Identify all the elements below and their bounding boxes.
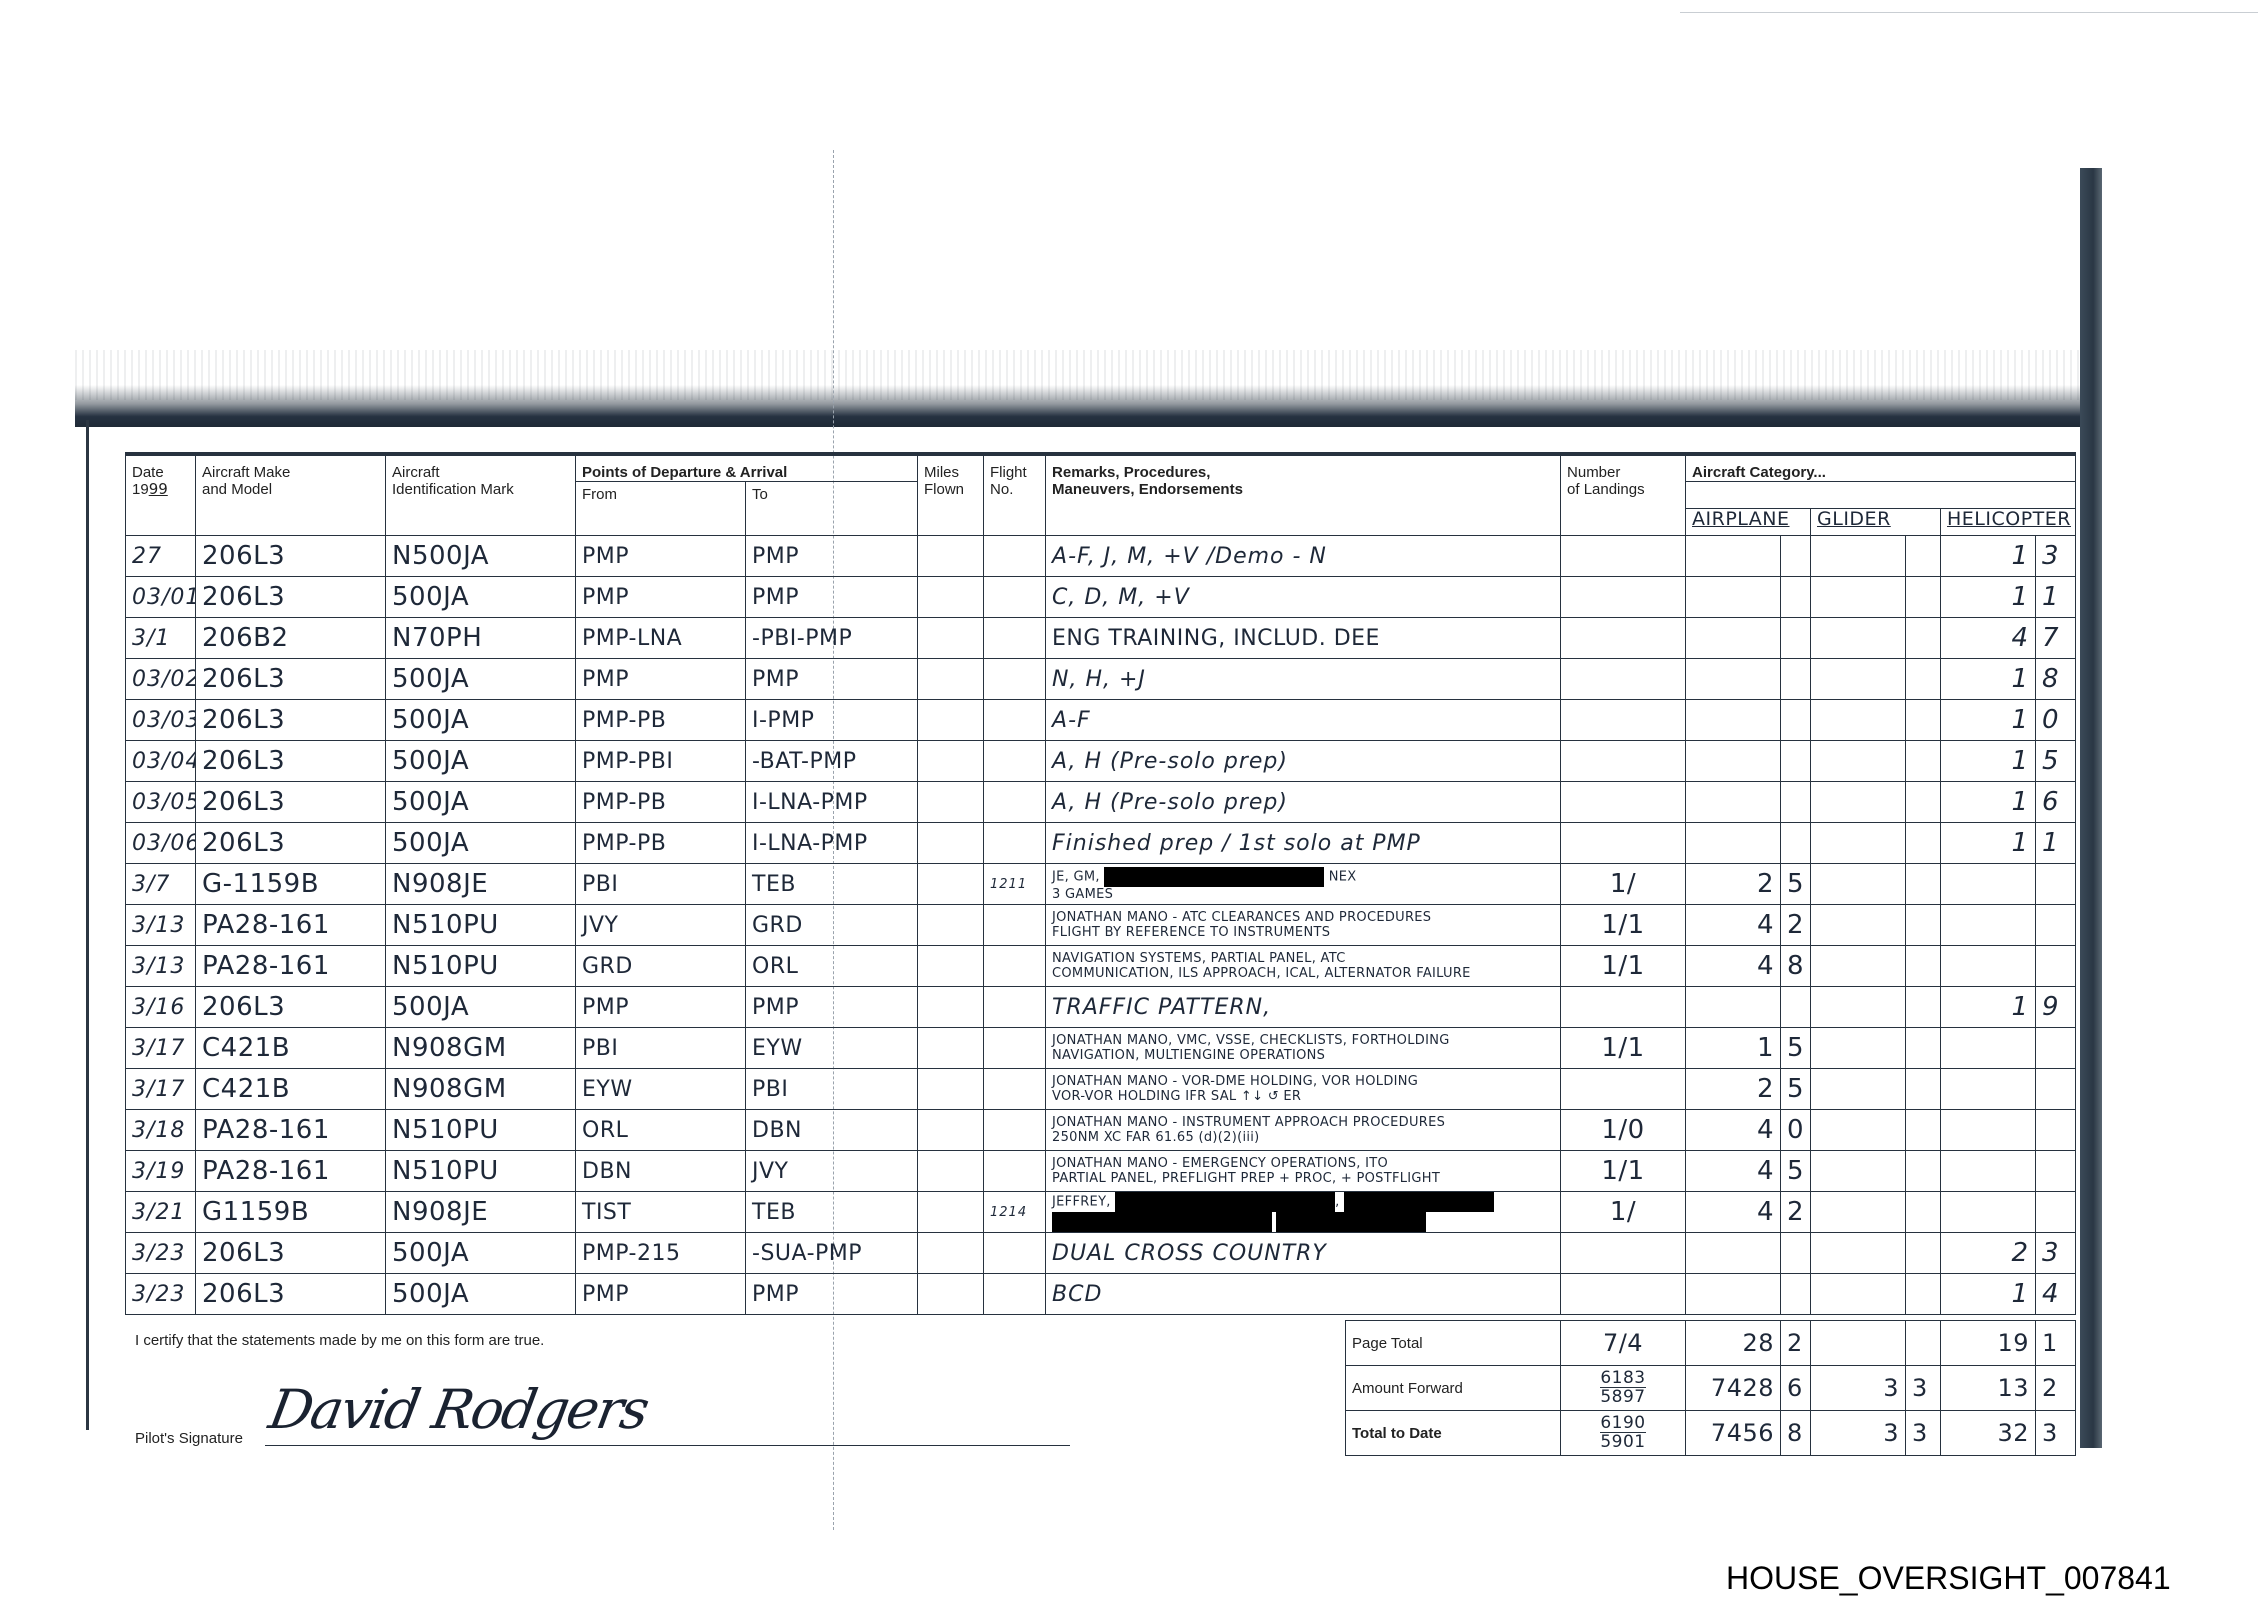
cell-airplane-tenths: 5 (1781, 1028, 1811, 1069)
cell-date: 3/17 (126, 1069, 196, 1110)
cell-airplane-hours: 2 (1686, 864, 1781, 905)
total-to-date-glider-hours: 3 (1811, 1411, 1906, 1456)
cell-ident: N510PU (386, 946, 576, 987)
cell-glider-tenths (1906, 1233, 1941, 1274)
cell-glider-hours (1811, 1151, 1906, 1192)
cell-flight-no (984, 577, 1046, 618)
cell-glider-hours (1811, 741, 1906, 782)
cell-ident: 500JA (386, 700, 576, 741)
page-total-label: Page Total (1346, 1321, 1561, 1366)
cell-airplane-hours: 4 (1686, 946, 1781, 987)
cell-airplane-tenths: 2 (1781, 1192, 1811, 1233)
amount-forward-airplane-hours: 7428 (1686, 1366, 1781, 1411)
cell-heli-tenths: 5 (2036, 741, 2076, 782)
cell-miles (918, 905, 984, 946)
cell-flight-no (984, 741, 1046, 782)
cell-glider-hours (1811, 659, 1906, 700)
total-to-date-airplane-tenths: 8 (1781, 1411, 1811, 1456)
cell-airplane-hours: 4 (1686, 1151, 1781, 1192)
cell-miles (918, 659, 984, 700)
cell-airplane-tenths (1781, 659, 1811, 700)
amount-forward-landings: 61835897 (1561, 1366, 1686, 1411)
cell-to: PMP (746, 987, 918, 1028)
log-row: 3/16 206L3 500JA PMP PMP TRAFFIC PATTERN… (126, 987, 2076, 1028)
cell-heli-hours (1941, 1151, 2036, 1192)
cell-make: 206B2 (196, 618, 386, 659)
cell-glider-hours (1811, 946, 1906, 987)
redaction-block (1052, 1212, 1272, 1232)
cell-remarks: N, H, +J (1046, 659, 1561, 700)
cell-heli-tenths (2036, 1028, 2076, 1069)
cell-flight-no (984, 823, 1046, 864)
page-total-airplane-hours: 28 (1686, 1321, 1781, 1366)
cell-landings: 1/ (1561, 864, 1686, 905)
cell-ident: 500JA (386, 823, 576, 864)
log-row: 3/21 G1159B N908JE TIST TEB 1214 JEFFREY… (126, 1192, 2076, 1233)
cell-make: PA28-161 (196, 1110, 386, 1151)
cell-glider-tenths (1906, 618, 1941, 659)
cell-airplane-hours (1686, 536, 1781, 577)
cell-miles (918, 536, 984, 577)
cell-heli-tenths: 6 (2036, 782, 2076, 823)
log-row: 3/13 PA28-161 N510PU GRD ORL NAVIGATION … (126, 946, 2076, 987)
cell-to: PMP (746, 577, 918, 618)
log-row: 03/05 206L3 500JA PMP-PB I-LNA-PMP A, H … (126, 782, 2076, 823)
cell-heli-tenths (2036, 864, 2076, 905)
cell-flight-no (984, 1069, 1046, 1110)
page-total-heli-hours: 19 (1941, 1321, 2036, 1366)
cell-from: JVY (576, 905, 746, 946)
cell-airplane-tenths: 5 (1781, 1151, 1811, 1192)
header-category-spacer (1686, 482, 2076, 509)
cell-miles (918, 741, 984, 782)
cell-remarks: DUAL CROSS COUNTRY (1046, 1233, 1561, 1274)
total-to-date-glider-tenths: 3 (1906, 1411, 1941, 1456)
cell-from: PMP (576, 1274, 746, 1315)
cell-landings: 1/0 (1561, 1110, 1686, 1151)
cell-miles (918, 618, 984, 659)
cell-to: EYW (746, 1028, 918, 1069)
cell-heli-tenths: 3 (2036, 1233, 2076, 1274)
cell-glider-tenths (1906, 741, 1941, 782)
cell-miles (918, 1028, 984, 1069)
cell-miles (918, 1110, 984, 1151)
page-total-heli-tenths: 1 (2036, 1321, 2076, 1366)
cell-airplane-tenths: 0 (1781, 1110, 1811, 1151)
cell-to: JVY (746, 1151, 918, 1192)
amount-forward-glider-hours: 3 (1811, 1366, 1906, 1411)
cell-remarks: A, H (Pre-solo prep) (1046, 741, 1561, 782)
amount-forward-airplane-tenths: 6 (1781, 1366, 1811, 1411)
cell-airplane-hours (1686, 618, 1781, 659)
cell-flight-no (984, 700, 1046, 741)
cell-glider-hours (1811, 1274, 1906, 1315)
cell-make: PA28-161 (196, 905, 386, 946)
cell-date: 3/17 (126, 1028, 196, 1069)
cell-airplane-hours: 2 (1686, 1069, 1781, 1110)
scan-edge-line (1680, 12, 2258, 13)
cell-to: I-PMP (746, 700, 918, 741)
cell-to: PMP (746, 659, 918, 700)
header-flight-no: FlightNo. (984, 454, 1046, 536)
cell-to: -BAT-PMP (746, 741, 918, 782)
header-cat-glider: GLIDER (1811, 509, 1941, 536)
page-total-glider-hours (1811, 1321, 1906, 1366)
cell-landings (1561, 618, 1686, 659)
cell-ident: N70PH (386, 618, 576, 659)
cell-glider-hours (1811, 823, 1906, 864)
cell-from: PMP (576, 577, 746, 618)
amount-forward-heli-hours: 13 (1941, 1366, 2036, 1411)
cell-heli-hours: 1 (1941, 987, 2036, 1028)
log-row: 03/04 206L3 500JA PMP-PBI -BAT-PMP A, H … (126, 741, 2076, 782)
cell-landings (1561, 659, 1686, 700)
cell-date: 03/05 (126, 782, 196, 823)
cell-remarks: TRAFFIC PATTERN, (1046, 987, 1561, 1028)
cell-miles (918, 987, 984, 1028)
cell-landings: 1/ (1561, 1192, 1686, 1233)
cell-remarks: JEFFREY, , (1046, 1192, 1561, 1233)
cell-airplane-hours: 1 (1686, 1028, 1781, 1069)
cell-glider-tenths (1906, 1151, 1941, 1192)
cell-remarks: ENG TRAINING, INCLUD. DEE (1046, 618, 1561, 659)
cell-flight-no (984, 1274, 1046, 1315)
cell-heli-tenths (2036, 905, 2076, 946)
cell-landings (1561, 782, 1686, 823)
cell-miles (918, 700, 984, 741)
cell-glider-hours (1811, 1110, 1906, 1151)
log-row: 3/19 PA28-161 N510PU DBN JVY JONATHAN MA… (126, 1151, 2076, 1192)
cell-glider-hours (1811, 905, 1906, 946)
cell-heli-hours: 1 (1941, 659, 2036, 700)
cell-airplane-tenths: 8 (1781, 946, 1811, 987)
cell-glider-tenths (1906, 905, 1941, 946)
cell-landings (1561, 1274, 1686, 1315)
cell-date: 03/01 (126, 577, 196, 618)
cell-heli-tenths (2036, 1151, 2076, 1192)
header-make-model: Aircraft Makeand Model (196, 454, 386, 536)
cell-remarks: A-F (1046, 700, 1561, 741)
cell-landings (1561, 741, 1686, 782)
cell-airplane-tenths (1781, 536, 1811, 577)
cell-glider-hours (1811, 782, 1906, 823)
cell-make: C421B (196, 1028, 386, 1069)
cell-from: DBN (576, 1151, 746, 1192)
cell-remarks: BCD (1046, 1274, 1561, 1315)
cell-heli-hours: 1 (1941, 741, 2036, 782)
cell-from: PMP-LNA (576, 618, 746, 659)
log-row: 3/7 G-1159B N908JE PBI TEB 1211 JE, GM, … (126, 864, 2076, 905)
cell-airplane-tenths: 5 (1781, 1069, 1811, 1110)
cell-date: 03/02 (126, 659, 196, 700)
cell-heli-hours: 1 (1941, 577, 2036, 618)
cell-airplane-hours (1686, 1274, 1781, 1315)
cell-landings: 1/1 (1561, 1151, 1686, 1192)
cell-ident: N510PU (386, 905, 576, 946)
cell-miles (918, 1233, 984, 1274)
cell-flight-no: 1214 (984, 1192, 1046, 1233)
cell-miles (918, 782, 984, 823)
cell-heli-hours: 1 (1941, 1274, 2036, 1315)
cell-heli-hours (1941, 905, 2036, 946)
cell-make: 206L3 (196, 700, 386, 741)
cell-glider-tenths (1906, 1069, 1941, 1110)
cell-ident: N908GM (386, 1069, 576, 1110)
amount-forward-heli-tenths: 2 (2036, 1366, 2076, 1411)
cell-airplane-tenths (1781, 741, 1811, 782)
redaction-block (1115, 1192, 1335, 1212)
signature-label: Pilot's Signature (135, 1430, 243, 1447)
cell-date: 03/03 (126, 700, 196, 741)
cell-date: 3/1 (126, 618, 196, 659)
cell-make: 206L3 (196, 1233, 386, 1274)
redaction-block (1104, 867, 1324, 887)
cell-airplane-tenths: 2 (1781, 905, 1811, 946)
cell-glider-hours (1811, 1069, 1906, 1110)
cell-airplane-hours (1686, 741, 1781, 782)
cell-from: ORL (576, 1110, 746, 1151)
cell-ident: 500JA (386, 1274, 576, 1315)
cell-to: GRD (746, 905, 918, 946)
cell-from: PMP (576, 536, 746, 577)
cell-ident: N908JE (386, 1192, 576, 1233)
cell-airplane-tenths (1781, 1233, 1811, 1274)
cell-landings (1561, 823, 1686, 864)
cell-airplane-hours (1686, 659, 1781, 700)
cell-make: C421B (196, 1069, 386, 1110)
cell-flight-no (984, 536, 1046, 577)
cell-make: 206L3 (196, 1274, 386, 1315)
cell-heli-tenths (2036, 1069, 2076, 1110)
cell-ident: 500JA (386, 1233, 576, 1274)
log-row: 03/01 206L3 500JA PMP PMP C, D, M, +V 1 … (126, 577, 2076, 618)
cell-landings: 1/1 (1561, 1028, 1686, 1069)
cell-to: I-LNA-PMP (746, 782, 918, 823)
cell-miles (918, 1069, 984, 1110)
cell-flight-no (984, 946, 1046, 987)
cell-from: EYW (576, 1069, 746, 1110)
cell-landings (1561, 577, 1686, 618)
log-row: 03/06 206L3 500JA PMP-PB I-LNA-PMP Finis… (126, 823, 2076, 864)
total-to-date-row: Total to Date 61905901 7456 8 3 3 32 3 (1346, 1411, 2076, 1456)
cell-to: I-LNA-PMP (746, 823, 918, 864)
cell-heli-hours (1941, 1110, 2036, 1151)
cell-airplane-hours (1686, 1233, 1781, 1274)
cell-heli-hours (1941, 1028, 2036, 1069)
cell-glider-hours (1811, 987, 1906, 1028)
cell-from: PBI (576, 1028, 746, 1069)
cell-to: TEB (746, 864, 918, 905)
cell-glider-tenths (1906, 536, 1941, 577)
cell-date: 03/04 (126, 741, 196, 782)
log-row: 27 206L3 N500JA PMP PMP A-F, J, M, +V /D… (126, 536, 2076, 577)
cell-heli-hours: 2 (1941, 1233, 2036, 1274)
cell-heli-hours: 1 (1941, 823, 2036, 864)
cell-miles (918, 577, 984, 618)
redaction-block (1276, 1212, 1426, 1232)
cell-miles (918, 1274, 984, 1315)
scan-shadow-bar (75, 385, 2095, 427)
signature-line (265, 1445, 1070, 1446)
cell-glider-tenths (1906, 782, 1941, 823)
cell-ident: 500JA (386, 659, 576, 700)
cell-airplane-tenths (1781, 1274, 1811, 1315)
cell-make: PA28-161 (196, 946, 386, 987)
cell-ident: 500JA (386, 782, 576, 823)
cell-heli-tenths: 1 (2036, 577, 2076, 618)
total-to-date-airplane-hours: 7456 (1686, 1411, 1781, 1456)
cell-glider-hours (1811, 700, 1906, 741)
cell-remarks: A, H (Pre-solo prep) (1046, 782, 1561, 823)
cell-landings: 1/1 (1561, 905, 1686, 946)
log-row: 3/23 206L3 500JA PMP PMP BCD 1 4 (126, 1274, 2076, 1315)
cell-make: 206L3 (196, 782, 386, 823)
cell-glider-tenths (1906, 987, 1941, 1028)
cell-date: 3/7 (126, 864, 196, 905)
bates-number: HOUSE_OVERSIGHT_007841 (1726, 1560, 2171, 1597)
log-row: 3/17 C421B N908GM PBI EYW JONATHAN MANO,… (126, 1028, 2076, 1069)
cell-ident: 500JA (386, 741, 576, 782)
log-row: 3/13 PA28-161 N510PU JVY GRD JONATHAN MA… (126, 905, 2076, 946)
cell-make: 206L3 (196, 659, 386, 700)
cell-flight-no (984, 1028, 1046, 1069)
cell-glider-tenths (1906, 823, 1941, 864)
total-to-date-landings: 61905901 (1561, 1411, 1686, 1456)
cell-airplane-hours (1686, 700, 1781, 741)
cell-make: 206L3 (196, 536, 386, 577)
cell-heli-tenths: 4 (2036, 1274, 2076, 1315)
header-landings: Numberof Landings (1561, 454, 1686, 536)
redaction-block (1344, 1192, 1494, 1212)
cell-make: 206L3 (196, 823, 386, 864)
page-total-row: Page Total 7/4 28 2 19 1 (1346, 1321, 2076, 1366)
cell-miles (918, 823, 984, 864)
cell-airplane-tenths (1781, 987, 1811, 1028)
cell-glider-tenths (1906, 1192, 1941, 1233)
cell-remarks: JONATHAN MANO, VMC, VSSE, CHECKLISTS, FO… (1046, 1028, 1561, 1069)
cell-make: PA28-161 (196, 1151, 386, 1192)
header-cat-helicopter: HELICOPTER (1941, 509, 2076, 536)
cell-remarks: Finished prep / 1st solo at PMP (1046, 823, 1561, 864)
cell-remarks: JE, GM, NEX3 GAMES (1046, 864, 1561, 905)
cell-ident: 500JA (386, 987, 576, 1028)
header-to: To (746, 482, 918, 536)
cell-heli-tenths: 8 (2036, 659, 2076, 700)
cell-from: PMP-PBI (576, 741, 746, 782)
cell-to: PBI (746, 1069, 918, 1110)
cell-miles (918, 864, 984, 905)
header-points: Points of Departure & Arrival (576, 454, 918, 482)
cell-make: 206L3 (196, 741, 386, 782)
cell-glider-tenths (1906, 1274, 1941, 1315)
amount-forward-label: Amount Forward (1346, 1366, 1561, 1411)
cell-miles (918, 1151, 984, 1192)
cell-airplane-tenths (1781, 782, 1811, 823)
cell-landings (1561, 1233, 1686, 1274)
cell-glider-tenths (1906, 1028, 1941, 1069)
cell-ident: N510PU (386, 1151, 576, 1192)
cell-heli-tenths: 0 (2036, 700, 2076, 741)
cell-airplane-hours: 4 (1686, 1110, 1781, 1151)
cell-airplane-tenths (1781, 823, 1811, 864)
cell-glider-tenths (1906, 577, 1941, 618)
cell-landings: 1/1 (1561, 946, 1686, 987)
cell-flight-no (984, 1110, 1046, 1151)
page-total-airplane-tenths: 2 (1781, 1321, 1811, 1366)
cell-flight-no (984, 987, 1046, 1028)
cell-glider-tenths (1906, 1110, 1941, 1151)
cell-remarks: JONATHAN MANO - EMERGENCY OPERATIONS, IT… (1046, 1151, 1561, 1192)
cell-heli-tenths (2036, 1110, 2076, 1151)
cell-heli-tenths: 9 (2036, 987, 2076, 1028)
scan-shadow-right (2080, 168, 2102, 1448)
cell-airplane-hours: 4 (1686, 1192, 1781, 1233)
pilot-signature: David Rodgers (264, 1378, 652, 1441)
totals-table: Page Total 7/4 28 2 19 1 Amount Forward … (1345, 1320, 2076, 1456)
cell-glider-tenths (1906, 946, 1941, 987)
cell-date: 3/23 (126, 1274, 196, 1315)
cell-heli-tenths (2036, 1192, 2076, 1233)
cell-miles (918, 946, 984, 987)
cell-remarks: JONATHAN MANO - INSTRUMENT APPROACH PROC… (1046, 1110, 1561, 1151)
cell-airplane-hours (1686, 782, 1781, 823)
cell-flight-no (984, 1233, 1046, 1274)
cell-from: PMP-PB (576, 700, 746, 741)
header-date: Date1999 (126, 454, 196, 536)
cell-make: 206L3 (196, 577, 386, 618)
cell-heli-tenths (2036, 946, 2076, 987)
cell-date: 3/18 (126, 1110, 196, 1151)
cell-remarks: C, D, M, +V (1046, 577, 1561, 618)
cell-heli-hours (1941, 1069, 2036, 1110)
total-to-date-heli-tenths: 3 (2036, 1411, 2076, 1456)
cell-heli-hours: 4 (1941, 618, 2036, 659)
cell-glider-hours (1811, 1233, 1906, 1274)
cell-heli-hours (1941, 946, 2036, 987)
cell-date: 27 (126, 536, 196, 577)
cell-remarks: NAVIGATION SYSTEMS, PARTIAL PANEL, ATCCO… (1046, 946, 1561, 987)
cell-ident: N908JE (386, 864, 576, 905)
cell-landings (1561, 536, 1686, 577)
page-total-glider-tenths (1906, 1321, 1941, 1366)
cell-remarks: A-F, J, M, +V /Demo - N (1046, 536, 1561, 577)
header-from: From (576, 482, 746, 536)
cell-glider-hours (1811, 536, 1906, 577)
cell-date: 3/21 (126, 1192, 196, 1233)
cell-airplane-tenths (1781, 577, 1811, 618)
cell-glider-tenths (1906, 700, 1941, 741)
cell-airplane-hours (1686, 823, 1781, 864)
cell-ident: N500JA (386, 536, 576, 577)
cell-heli-tenths: 1 (2036, 823, 2076, 864)
cell-airplane-tenths (1781, 618, 1811, 659)
cell-date: 3/13 (126, 905, 196, 946)
cell-from: PMP-PB (576, 823, 746, 864)
cell-date: 3/13 (126, 946, 196, 987)
log-row: 3/17 C421B N908GM EYW PBI JONATHAN MANO … (126, 1069, 2076, 1110)
page-total-landings: 7/4 (1561, 1321, 1686, 1366)
cell-date: 3/16 (126, 987, 196, 1028)
cell-miles (918, 1192, 984, 1233)
cell-landings (1561, 987, 1686, 1028)
cell-ident: N510PU (386, 1110, 576, 1151)
header-cat-airplane: AIRPLANE (1686, 509, 1811, 536)
cell-airplane-tenths (1781, 700, 1811, 741)
cell-airplane-hours: 4 (1686, 905, 1781, 946)
header-miles: MilesFlown (918, 454, 984, 536)
total-to-date-heli-hours: 32 (1941, 1411, 2036, 1456)
cell-ident: 500JA (386, 577, 576, 618)
